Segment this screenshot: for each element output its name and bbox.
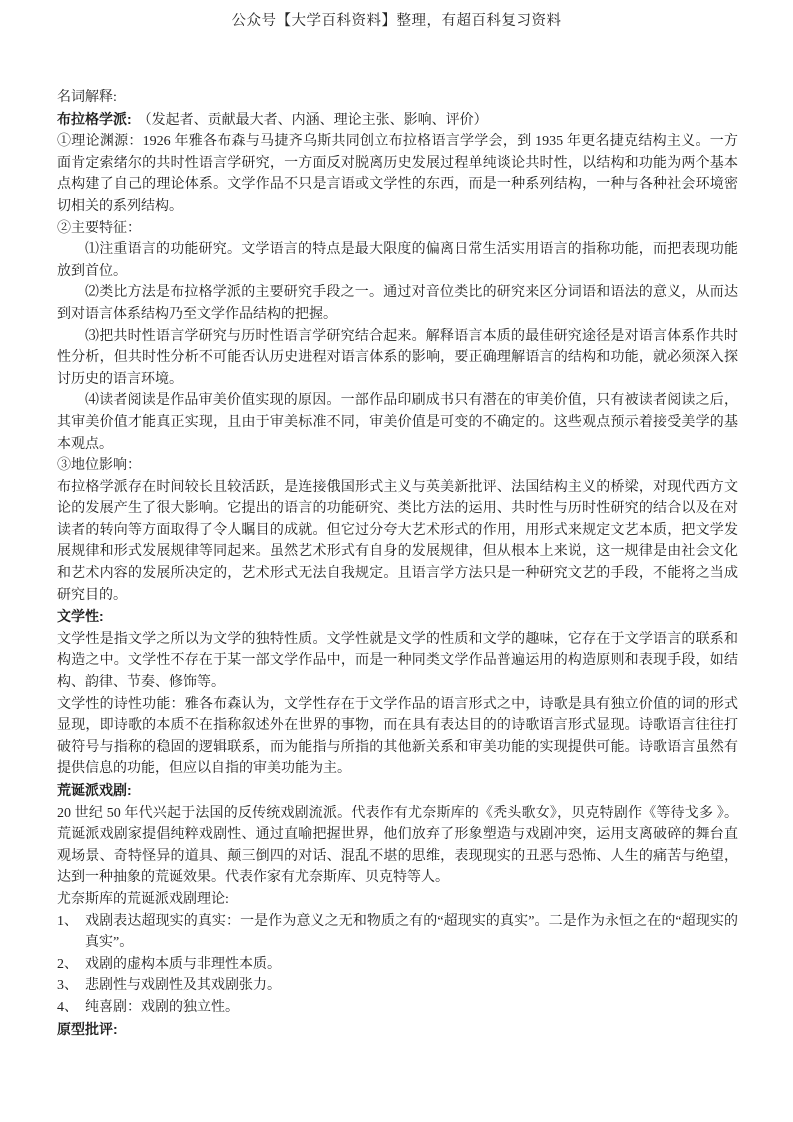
list-marker: 3、 xyxy=(57,975,85,997)
list-item-text: 戏剧表达超现实的真实：一是作为意义之无和物质之有的“超现实的真实”。二是作为永恒… xyxy=(85,914,738,951)
paragraph-status-influence: 布拉格学派存在时间较长且较活跃，是连接俄国形式主义与英美新批评、法国结构主义的桥… xyxy=(57,477,738,607)
page-header-note: 公众号【大学百科资料】整理，有超百科复习资料 xyxy=(0,9,793,30)
ionesco-theory-item-3: 3、悲剧性与戏剧性及其戏剧张力。 xyxy=(57,975,738,997)
feature-item-2: ⑵类比方法是布拉格学派的主要研究手段之一。通过对音位类比的研究来区分词语和语法的… xyxy=(57,282,738,325)
subheading-status-influence: ③地位影响： xyxy=(57,455,738,477)
feature-item-4: ⑷读者阅读是作品审美价值实现的原因。一部作品印刷成书只有潜在的审美价值，只有被读… xyxy=(57,390,738,455)
glossary-label: 名词解释: xyxy=(57,87,738,109)
list-marker: 2、 xyxy=(57,954,85,976)
paragraph-literariness-definition: 文学性是指文学之所以为文学的独特性质。文学性就是文学的性质和文学的趣味，它存在于… xyxy=(57,629,738,694)
document-page: 公众号【大学百科资料】整理，有超百科复习资料 名词解释: 布拉格学派:（发起者、… xyxy=(0,0,793,1122)
term-prague-school: 布拉格学派: xyxy=(57,111,132,127)
section-heading-archetypal-criticism: 原型批评: xyxy=(57,1019,738,1042)
list-item-text: 戏剧的虚构本质与非理性本质。 xyxy=(85,957,281,972)
term-archetypal-criticism: 原型批评: xyxy=(57,1021,118,1037)
paragraph-poetic-function: 文学性的诗性功能：雅各布森认为，文学性存在于文学作品的语言形式之中，诗歌是具有独… xyxy=(57,694,738,780)
subheading-main-features: ②主要特征： xyxy=(57,218,738,240)
ionesco-theory-item-4: 4、纯喜剧：戏剧的独立性。 xyxy=(57,997,738,1019)
list-item-text: 悲剧性与戏剧性及其戏剧张力。 xyxy=(85,978,281,993)
feature-item-1: ⑴注重语言的功能研究。文学语言的特点是最大限度的偏离日常生活实用语言的指称功能，… xyxy=(57,239,738,282)
ionesco-theory-item-1: 1、戏剧表达超现实的真实：一是作为意义之无和物质之有的“超现实的真实”。二是作为… xyxy=(57,911,738,954)
paragraph-absurd-theatre: 20 世纪 50 年代兴起于法国的反传统戏剧流派。代表作有尤奈斯库的《秃头歌女》… xyxy=(57,803,738,889)
paragraph-theory-origin: ①理论渊源：1926 年雅各布森与马捷齐乌斯共同创立布拉格语言学学会，到 193… xyxy=(57,131,738,217)
list-marker: 4、 xyxy=(57,997,85,1019)
section-heading-absurd-theatre: 荒诞派戏剧: xyxy=(57,780,738,803)
list-marker: 1、 xyxy=(57,911,85,933)
feature-item-3: ⑶把共时性语言学研究与历时性语言学研究结合起来。解释语言本质的最佳研究途径是对语… xyxy=(57,326,738,391)
document-body: 名词解释: 布拉格学派:（发起者、贡献最大者、内涵、理论主张、影响、评价） ①理… xyxy=(57,87,738,1041)
term-prague-school-annotation: （发起者、贡献最大者、内涵、理论主张、影响、评价） xyxy=(138,113,488,128)
list-item-text: 纯喜剧：戏剧的独立性。 xyxy=(85,1000,239,1015)
term-literariness: 文学性: xyxy=(57,608,104,624)
section-heading-prague-school: 布拉格学派:（发起者、贡献最大者、内涵、理论主张、影响、评价） xyxy=(57,109,738,132)
ionesco-theory-item-2: 2、戏剧的虚构本质与非理性本质。 xyxy=(57,954,738,976)
term-absurd-theatre: 荒诞派戏剧: xyxy=(57,782,132,798)
section-heading-literariness: 文学性: xyxy=(57,606,738,629)
subheading-ionesco-theory: 尤奈斯库的荒诞派戏剧理论: xyxy=(57,889,738,911)
